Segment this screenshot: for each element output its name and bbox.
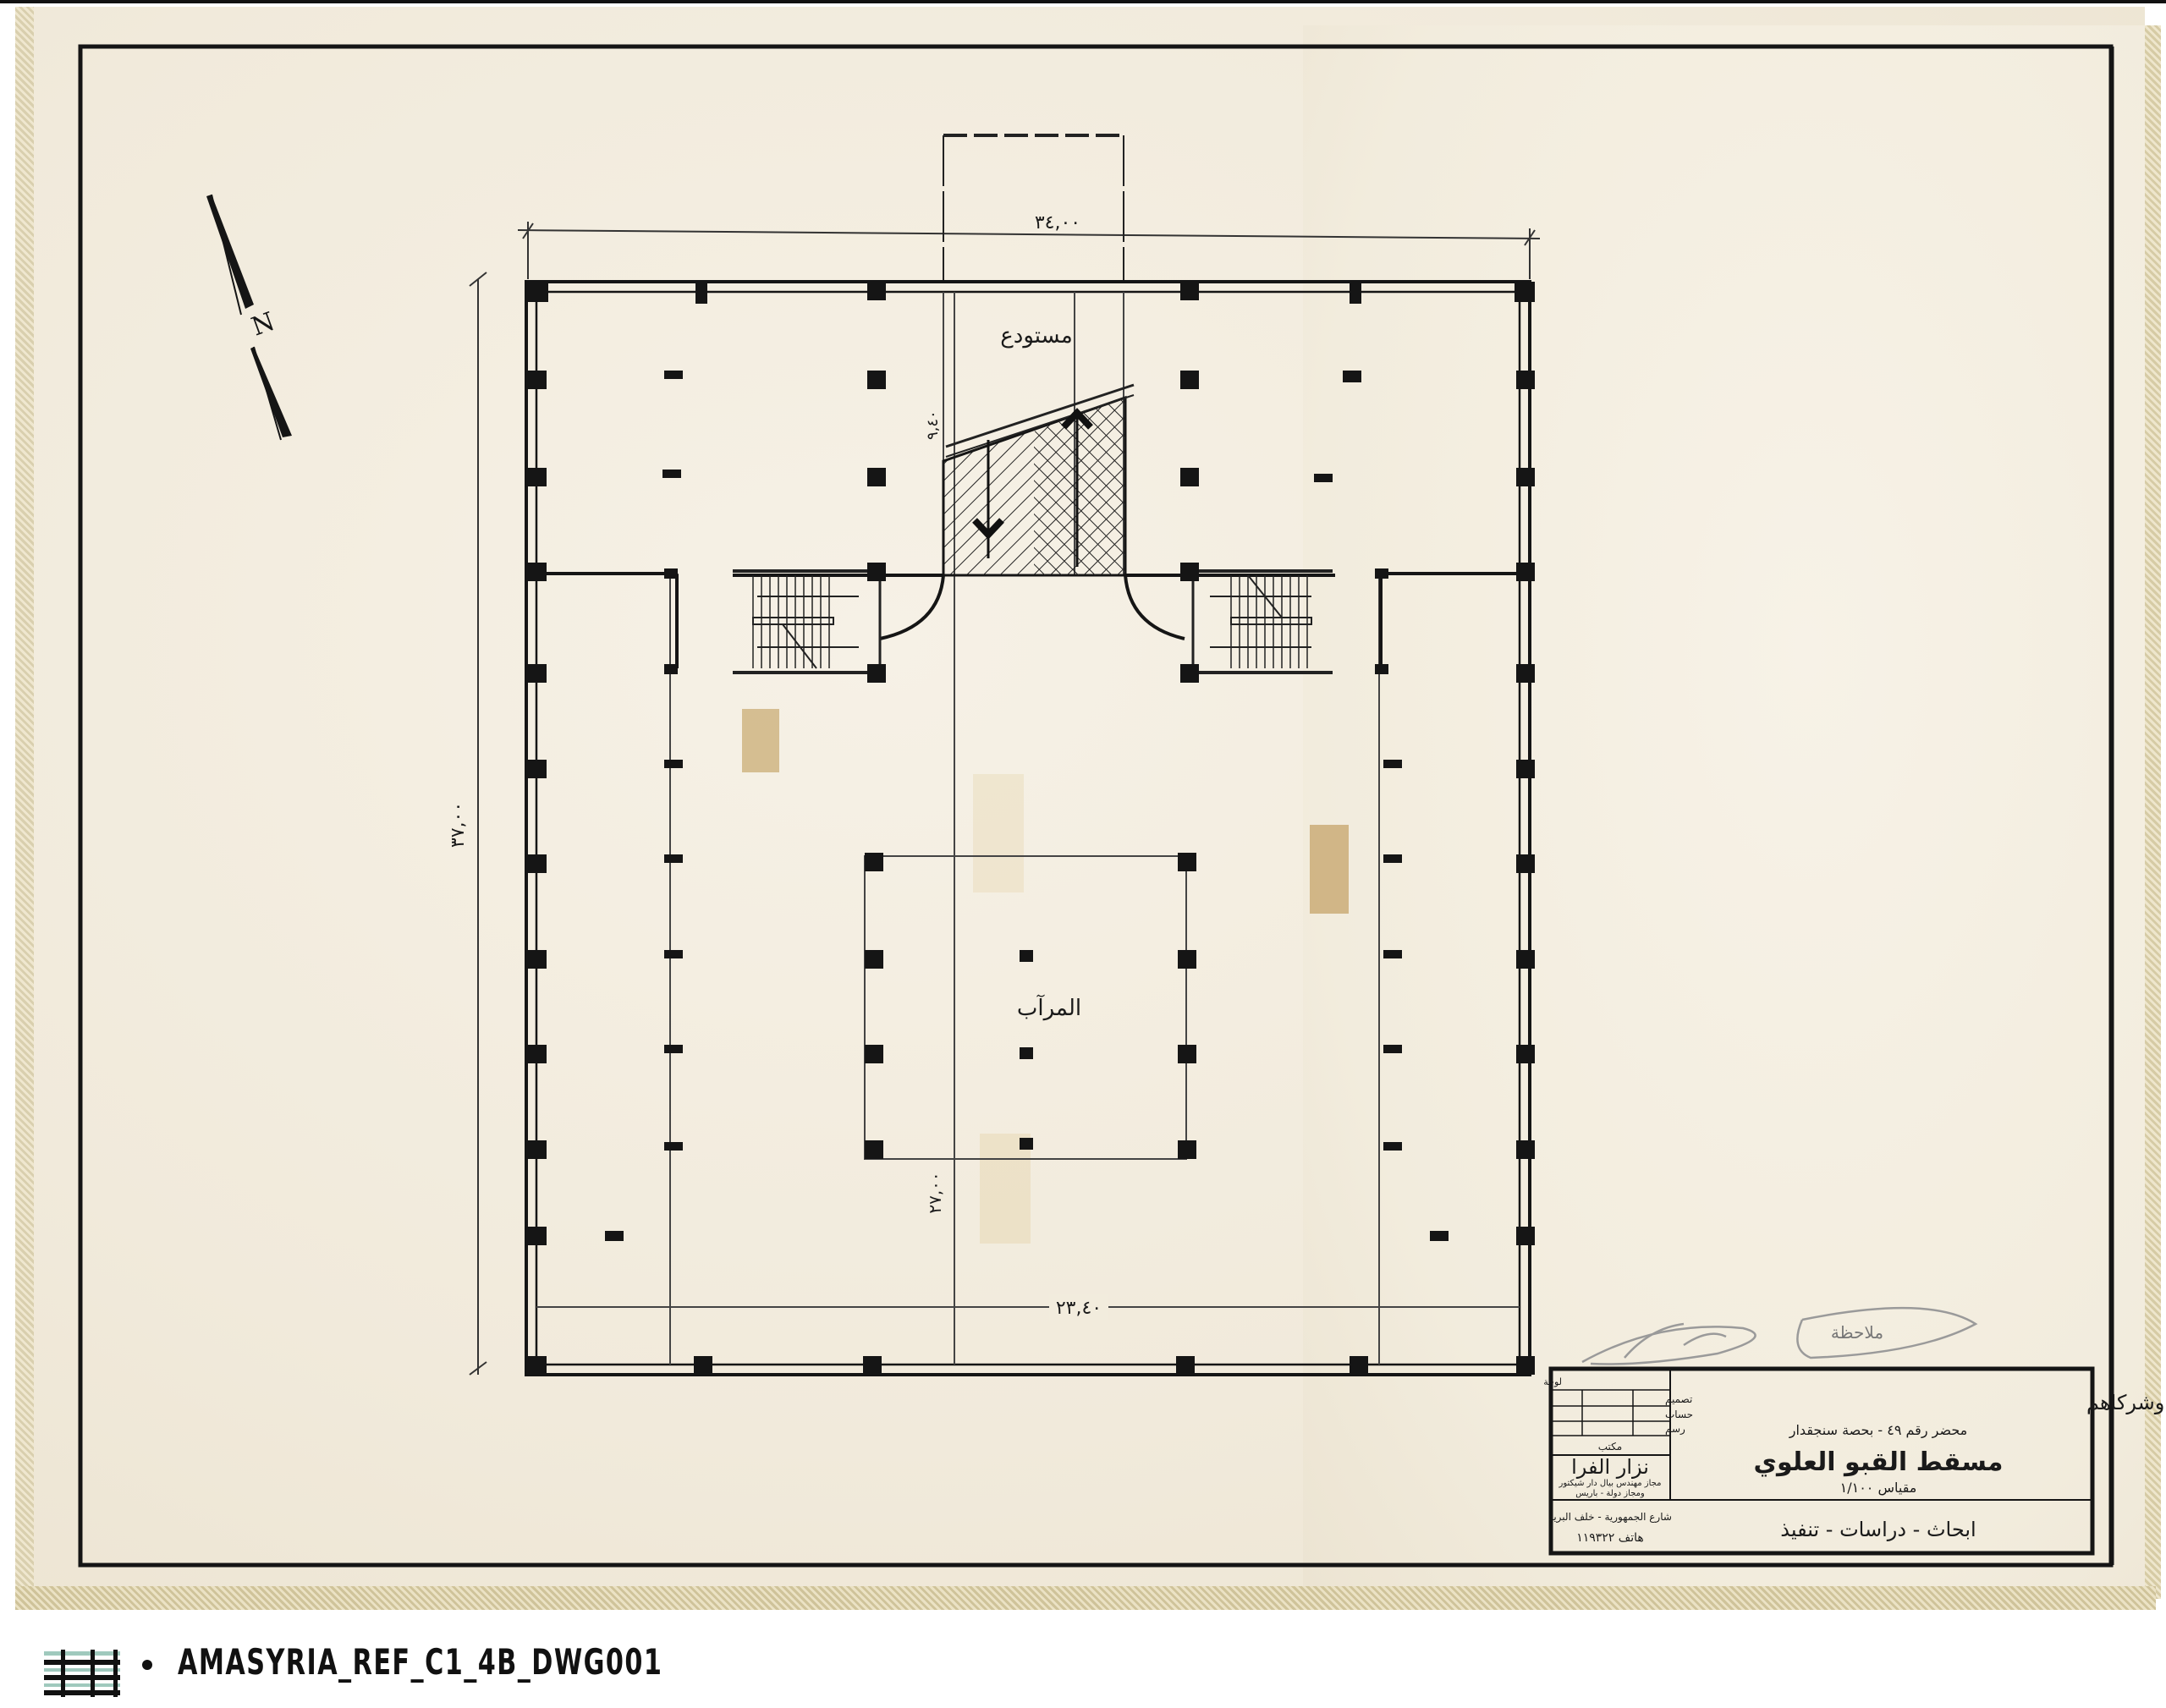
floor-plan-drawing: N ٣٤,٠٠ ٣٧,٠٠ xyxy=(0,0,2166,1616)
office-label: مكتب xyxy=(1598,1441,1622,1453)
amasyria-logo-icon xyxy=(44,1650,120,1697)
role-calculation: حساب xyxy=(1665,1409,1693,1420)
sheet-border xyxy=(80,47,2113,1565)
role-drafting: رسم xyxy=(1665,1423,1685,1436)
tape-stains xyxy=(742,709,1349,1244)
role-design: تصميم xyxy=(1665,1393,1692,1405)
staircase-right xyxy=(1185,571,1333,673)
archive-id: AMASYRIA_REF_C1_4B_DWG001 xyxy=(178,1641,662,1683)
dimension-overall-depth xyxy=(470,272,487,1375)
credentials-line-2: ومجاز دولة - باريس xyxy=(1575,1489,1645,1498)
pencil-note: ملاحظة xyxy=(1797,1308,1976,1358)
scanned-drawing-sheet: N ٣٤,٠٠ ٣٧,٠٠ xyxy=(0,0,2166,1616)
dim-overall-depth-label: ٣٧,٠٠ xyxy=(448,802,469,848)
plot-reference: محضر رقم ٤٩ - بحصة سنجقدار xyxy=(1789,1422,1967,1439)
archive-footer: AMASYRIA_REF_C1_4B_DWG001 xyxy=(0,1616,2166,1708)
north-label: N xyxy=(248,307,279,343)
dim-inner-width-label: ٢٣,٤٠ xyxy=(1056,1298,1102,1319)
entrance-projection xyxy=(943,135,1124,283)
north-arrow-icon: N xyxy=(206,195,292,440)
office-address: شارع الجمهورية - خلف البريد xyxy=(1548,1511,1672,1524)
pencil-note-text: ملاحظة xyxy=(1831,1322,1883,1343)
drawing-title: مسقط القبو العلوي xyxy=(1754,1447,2004,1477)
footer-bullet xyxy=(142,1660,152,1670)
room-label-storage: مستودع xyxy=(1000,323,1073,349)
room-label-garage: المرآب xyxy=(1017,994,1081,1021)
sheet-number-label: لوحة xyxy=(1543,1376,1562,1387)
dimension-overall-width xyxy=(518,222,1540,279)
services-line: ابحاث - دراسات - تنفيذ xyxy=(1780,1518,1976,1541)
credentials-line-1: مجاز مهندس بيال دار شيكتور xyxy=(1559,1479,1662,1488)
office-name: نزار الفرا xyxy=(1571,1455,1649,1479)
drawing-scale: مقياس ١/١٠٠ xyxy=(1840,1480,1917,1496)
project-title: بناء السادة سقا أميني والسيد حسن وشركاهم xyxy=(2086,1389,2166,1414)
side-partitions xyxy=(536,574,1520,668)
staircase-left xyxy=(733,571,880,673)
office-phone: هاتف ١١٩٣٢٢ xyxy=(1576,1531,1644,1545)
dim-ramp-label: ٩,٤٠ xyxy=(924,410,942,440)
ramp xyxy=(733,385,1335,639)
dim-overall-width-label: ٣٤,٠٠ xyxy=(1035,212,1080,233)
dim-inner-depth-label: ٢٧,٠٠ xyxy=(925,1172,945,1213)
pencil-signature xyxy=(1582,1324,1756,1365)
